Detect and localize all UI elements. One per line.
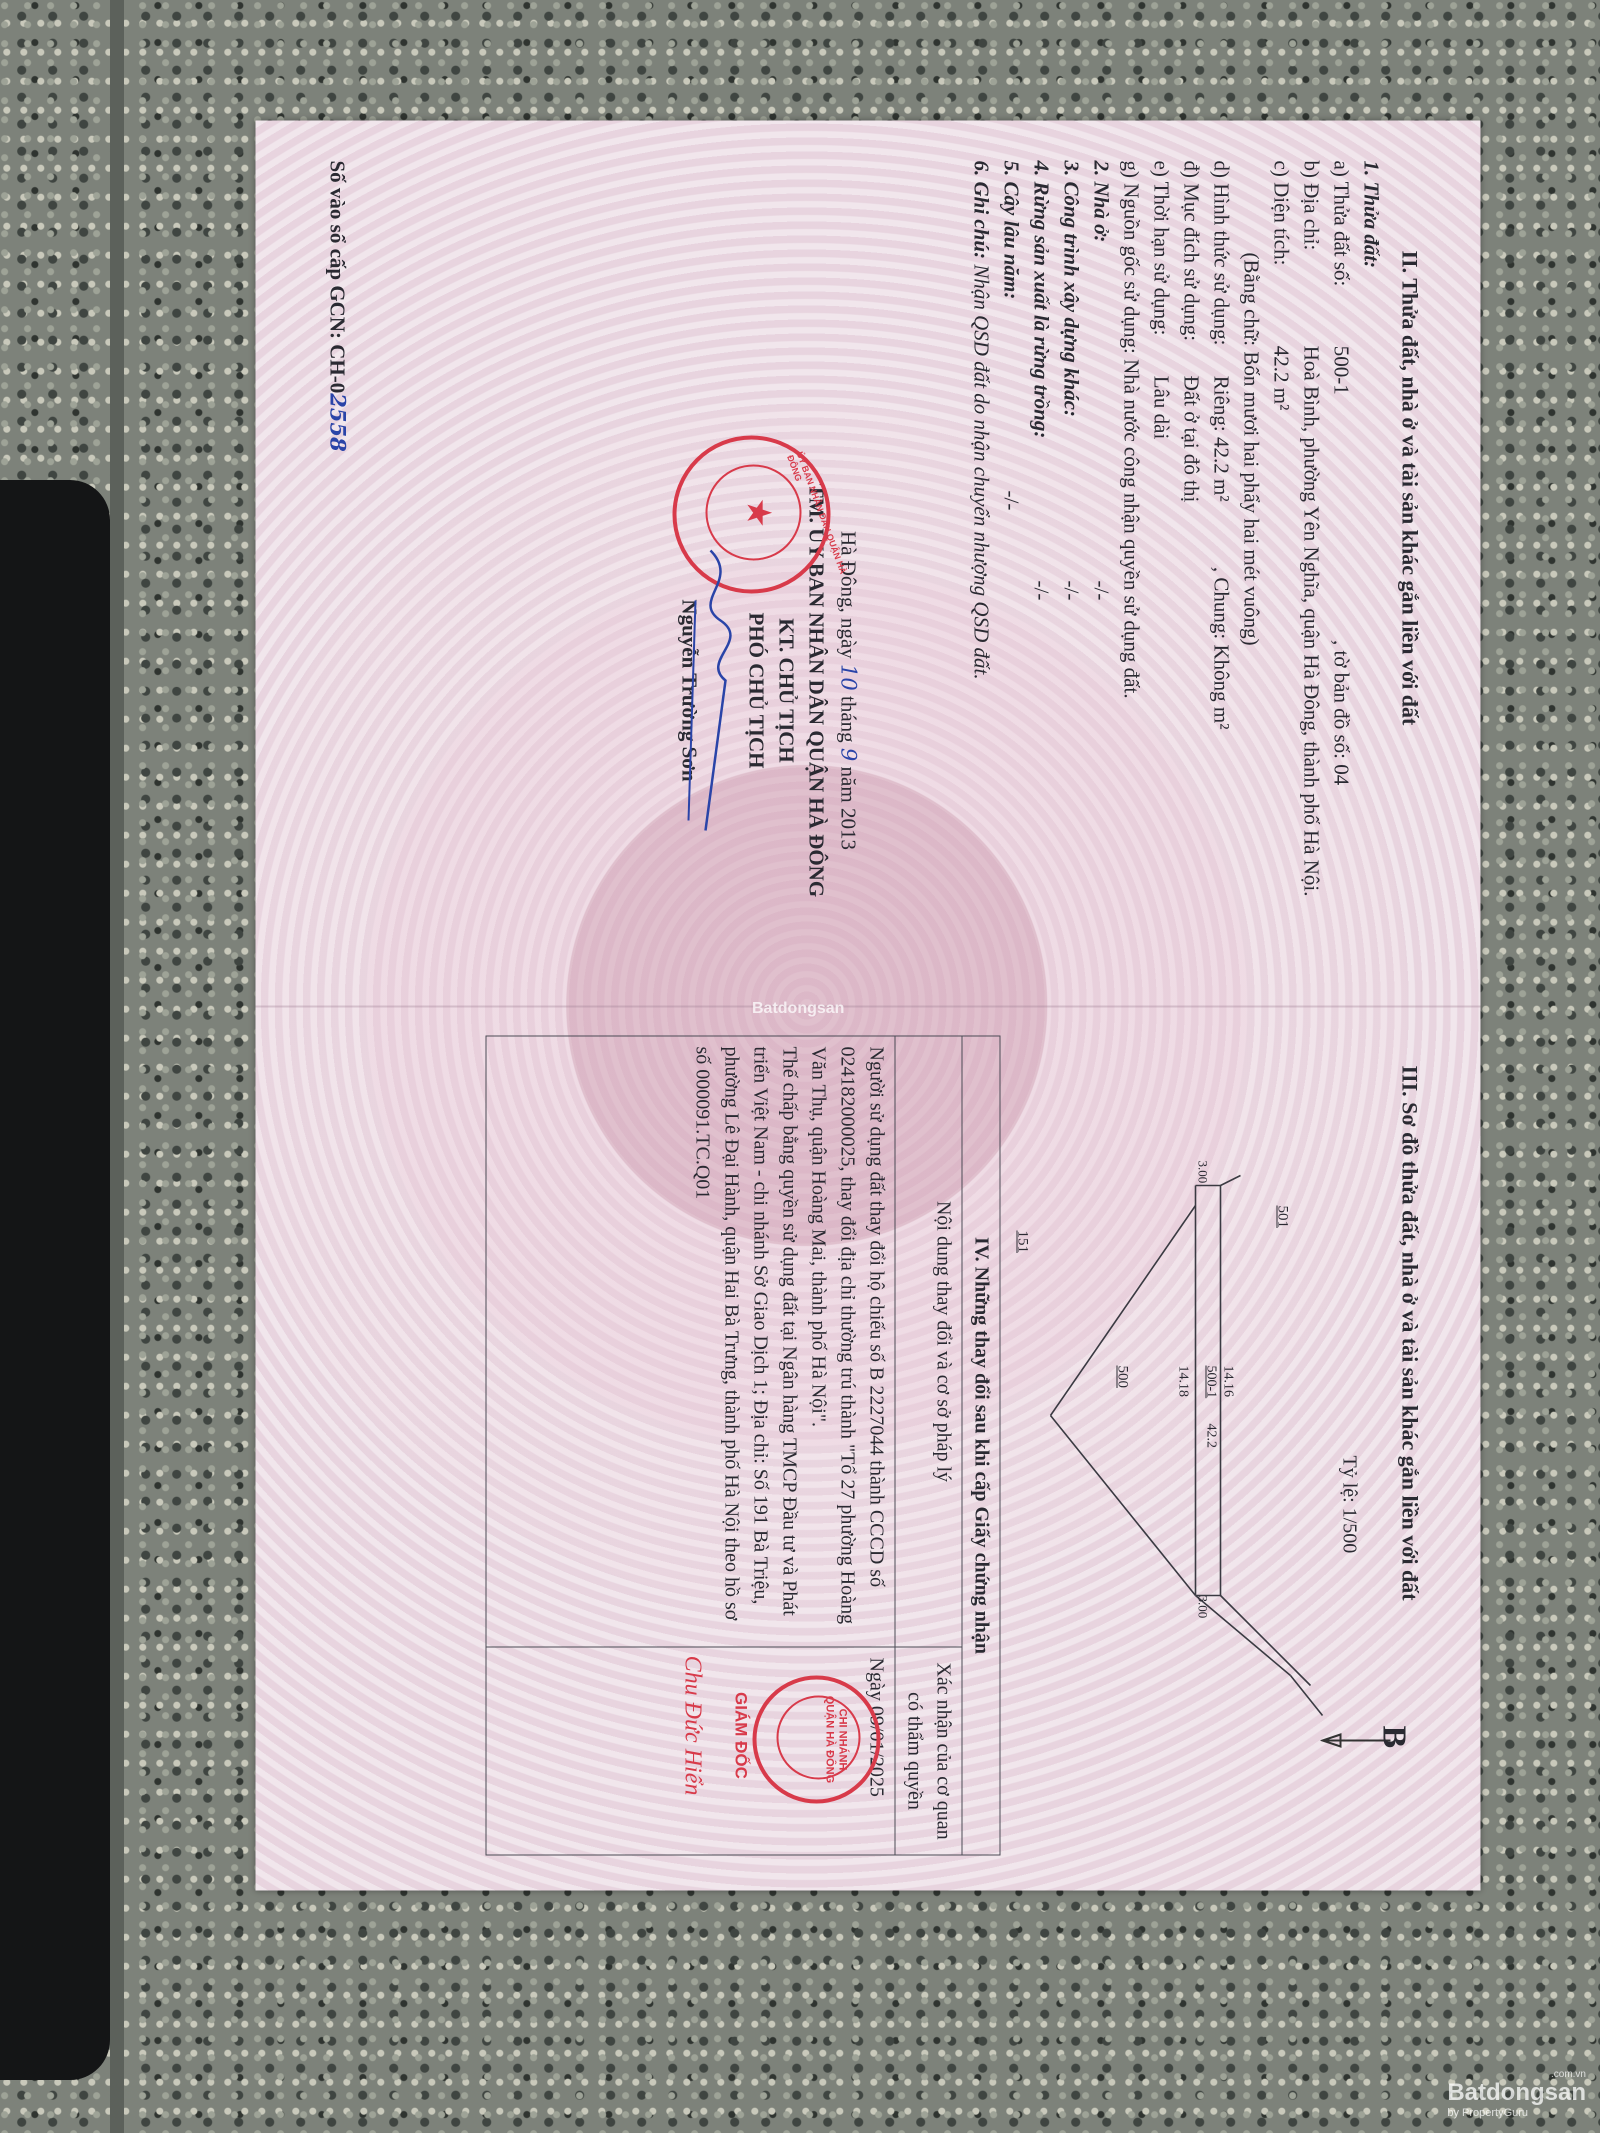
plot-area: 42.2 [1202,1423,1218,1448]
edge-right-length: 3.00 [1194,1595,1210,1618]
register-label: Số vào sổ cấp GCN: CH-0 [325,160,349,393]
house-value: -/- [1086,580,1116,600]
origin-label: g) Nguồn gốc sử dụng: [1119,160,1143,353]
purpose-row: đ) Mục đích sử dụng: Đất ở tại đô thị [1176,160,1206,980]
changes-title: IV. Những thay đổi sau khi cấp Giấy chứn… [962,1036,1000,1855]
edge-bottom-length: 14.18 [1174,1365,1190,1397]
origin-row: g) Nguồn gốc sử dụng: Nhà nước công nhận… [1116,160,1146,980]
handwritten-signature-1 [680,540,750,840]
plantation-value: -/- [1026,580,1056,600]
counter-edge [110,0,124,2133]
change-entry-1: Người sử dụng đất thay đổi hộ chiếu số B… [803,1046,890,1636]
perennial-row: 5. Cây lâu năm: -/- [996,160,1026,980]
neighbor-500: 500 [1113,1365,1130,1388]
area-row: c) Diện tích: 42.2 m² [1266,160,1296,980]
star-icon: ★ [738,497,778,527]
director-title: GIÁM ĐỐC [730,1635,750,1835]
house-label: 2. Nhà ở: [1089,160,1113,242]
address-label: b) Địa chỉ: [1296,160,1326,340]
section-ii-title: II. Thửa đất, nhà ở và tài sản khác gắn … [1396,250,1422,980]
area-value: 42.2 m² [1269,345,1293,410]
neighbor-501: 501 [1273,1205,1290,1228]
fold-line [255,1005,1480,1007]
neighbor-151: 151 [1013,1230,1030,1253]
watermark-sub: by PropertyGuru [1447,2107,1586,2119]
register-number-handwritten: 2558 [325,393,350,451]
plantation-row: 4. Rừng sản xuất là rừng trồng: -/- [1026,160,1056,980]
date-year: 2013 [836,807,860,849]
address-value: Hoà Bình, phường Yên Nghĩa, quận Hà Đông… [1299,345,1323,896]
issue-date: Hà Đông, ngày 10 tháng 9 năm 2013 [835,410,860,970]
seal-text: CHI NHÁNH QUẬN HÀ ĐÔNG [822,1691,848,1787]
other-construction-row: 3. Công trình xây dựng khác: -/- [1056,160,1086,980]
map-scale: Tỷ lệ: 1/500 [1337,1455,1360,1553]
plantation-label: 4. Rừng sản xuất là rừng trồng: [1029,160,1053,438]
date-month: 9 [836,747,860,760]
plot-number: 500-1 [1329,345,1353,394]
map-sheet-label: , tờ bản đồ số: [1329,640,1353,759]
right-page: III. Sơ đồ thửa đất, nhà ở và tài sản kh… [290,1035,1440,1855]
north-label: B [1374,1725,1412,1748]
duration-label: e) Thời hạn sử dụng: [1146,160,1176,370]
plot-label: 500-1 [1202,1365,1218,1398]
other-construction-label: 3. Công trình xây dựng khác: [1059,160,1083,416]
watermark-center: Batdongsan [752,1000,844,1018]
plot-map [1030,1035,1330,1855]
purpose-value: Đất ở tại đô thị [1179,375,1203,502]
edge-top-length: 14.16 [1219,1365,1235,1397]
map-sheet: 04 [1329,764,1353,785]
duration-value: Lâu dài [1149,375,1173,439]
use-form-shared: , Chung: Không m² [1209,566,1233,729]
perennial-value: -/- [996,490,1026,510]
plot-number-label: a) Thửa đất số: [1326,160,1356,340]
certificate-document: II. Thửa đất, nhà ở và tài sản khác gắn … [255,120,1480,1890]
watermark-corner: .com.vn Batdongsan by PropertyGuru [1447,2079,1586,2119]
col-confirm-header: Xác nhận của cơ quan có thẩm quyền [895,1647,962,1855]
note-row: 6. Ghi chú: Nhận QSD đất do nhận chuyển … [966,160,996,980]
dark-object-edge [0,480,110,2080]
date-month-label: tháng [836,696,860,743]
watermark-domain: .com.vn [1551,2069,1586,2080]
use-form-label: d) Hình thức sử dụng: [1206,160,1236,370]
note-value: Nhận QSD đất do nhận chuyển nhượng QSD đ… [969,264,993,679]
watermark-brand: Batdongsan [1447,2079,1586,2107]
col-content-header: Nội dung thay đổi và cơ sở pháp lý [895,1036,962,1647]
perennial-label: 5. Cây lâu năm: [999,160,1023,299]
changes-title-row: IV. Những thay đổi sau khi cấp Giấy chứn… [962,1036,1000,1855]
use-form-private: Riêng: 42.2 m² [1209,375,1233,501]
duration-row: e) Thời hạn sử dụng: Lâu dài [1146,160,1176,980]
other-construction-value: -/- [1056,580,1086,600]
plot-number-row: a) Thửa đất số: 500-1 , tờ bản đồ số: 04 [1326,160,1356,980]
note-label: 6. Ghi chú: [969,160,993,259]
area-label: c) Diện tích: [1266,160,1296,340]
origin-value: Nhà nước công nhận quyền sử dụng đất. [1119,359,1143,698]
official-seal-land-registry: CHI NHÁNH QUẬN HÀ ĐÔNG [752,1675,880,1803]
change-entry-2: Thế chấp bằng quyền sử dụng đất tại Ngân… [687,1046,803,1636]
edge-left-length: 3.00 [1194,1160,1210,1183]
change-entries: Người sử dụng đất thay đổi hộ chiếu số B… [486,1036,895,1647]
date-day: 10 [836,664,860,691]
purpose-label: đ) Mục đích sử dụng: [1176,160,1206,370]
date-year-label: năm [836,766,860,802]
director-name: Chu Đức Hiển [678,1595,705,1855]
use-form-row: d) Hình thức sử dụng: Riêng: 42.2 m² , C… [1206,160,1236,980]
changes-header-row: Nội dung thay đổi và cơ sở pháp lý Xác n… [895,1036,962,1855]
area-in-words: (Bằng chữ: Bốn mươi hai phẩy hai mét vuô… [1236,160,1266,980]
land-plot-heading: 1. Thửa đất: [1356,160,1386,980]
certificate-paper: II. Thửa đất, nhà ở và tài sản khác gắn … [255,120,1480,1890]
address-row: b) Địa chỉ: Hoà Bình, phường Yên Nghĩa, … [1296,160,1326,980]
house-row: 2. Nhà ở: -/- [1086,160,1116,980]
register-number: Số vào sổ cấp GCN: CH-02558 [324,160,350,451]
left-page: II. Thửa đất, nhà ở và tài sản khác gắn … [290,160,1440,980]
